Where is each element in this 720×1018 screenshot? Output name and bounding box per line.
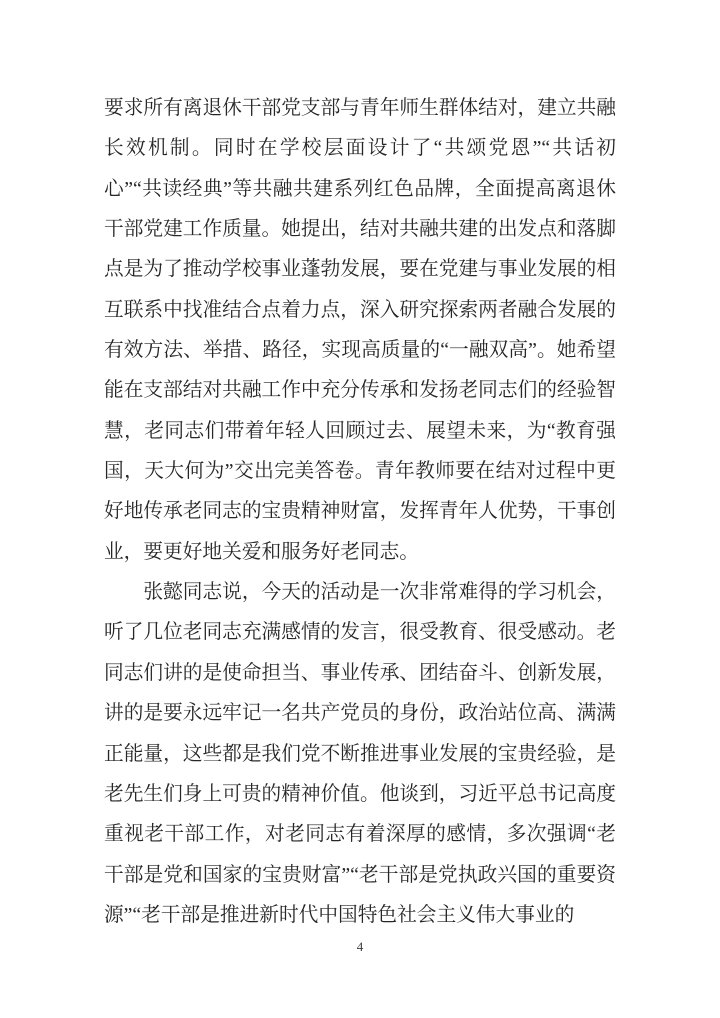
paragraph-2: 张懿同志说，今天的活动是一次非常难得的学习机会，听了几位老同志充满感情的发言，很…	[104, 572, 616, 935]
page-number: 4	[0, 938, 720, 956]
paragraph-1: 要求所有离退休干部党支部与青年师生群体结对，建立共融长效机制。同时在学校层面设计…	[104, 88, 616, 572]
document-body: 要求所有离退休干部党支部与青年师生群体结对，建立共融长效机制。同时在学校层面设计…	[104, 88, 616, 935]
document-page: 要求所有离退休干部党支部与青年师生群体结对，建立共融长效机制。同时在学校层面设计…	[0, 0, 720, 1018]
